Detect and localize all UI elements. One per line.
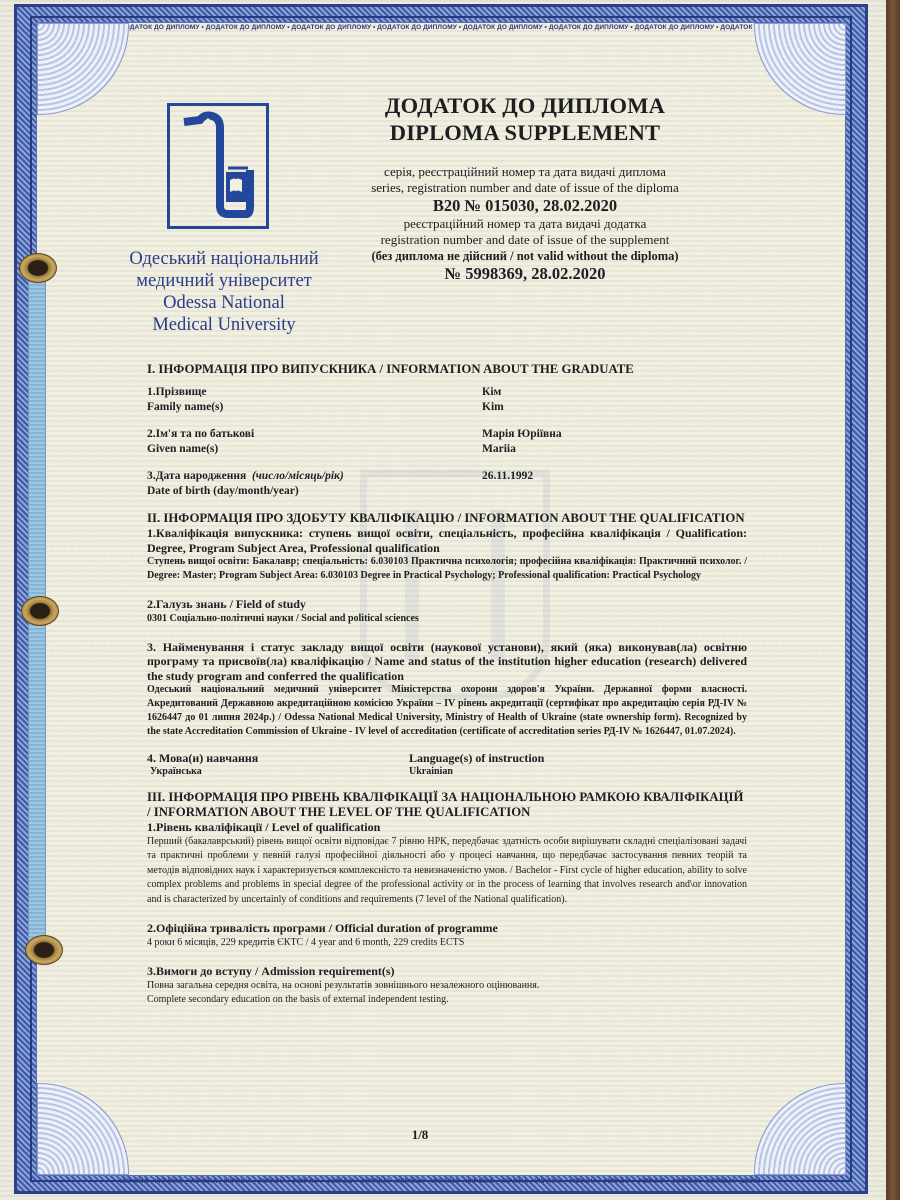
qualification-title: 1.Кваліфікація випускника: ступень вищої… [147,526,747,555]
language-value-en: Ukrainian [409,765,453,778]
level-of-qualification-text: Перший (бакалаврський) рівень вищої осві… [147,835,747,908]
university-name-en-line2: Medical University [108,314,340,336]
family-name-row-en: Family name(s) Kim [147,400,747,415]
dob-label-ua: 3.Дата народження (число/місяць/рік) [147,469,482,484]
diploma-label-en: series, registration number and date of … [350,180,700,196]
given-name-ua: Марія Юріївна [482,427,747,442]
language-value-ua: Українська [147,765,409,778]
institution-title: 3. Найменування і статус закладу вищої о… [147,640,747,684]
qualification-text: Ступень вищої освіти: Бакалавр; спеціаль… [147,555,747,583]
serpent-book-icon [170,106,266,226]
title-en: DIPLOMA SUPPLEMENT [350,119,700,146]
section-3-title: III. ІНФОРМАЦІЯ ПРО РІВЕНЬ КВАЛІФІКАЦІЇ … [147,790,747,820]
wooden-surface [886,0,900,1200]
level-of-qualification-title: 1.Рівень кваліфікації / Level of qualifi… [147,820,747,835]
language-value-row: Українська Ukrainian [147,765,747,778]
given-name-row-en: Given name(s) Mariia [147,442,747,457]
document-body: I. ІНФОРМАЦІЯ ПРО ВИПУСКНИКА / INFORMATI… [147,362,747,1008]
dob-row-en: Date of birth (day/month/year) [147,484,747,499]
given-name-en: Mariia [482,442,747,457]
supplement-number: № 5998369, 28.02.2020 [350,264,700,284]
university-name-ua-line1: Одеський національний [108,248,340,270]
field-of-study-text: 0301 Соціально-політичні науки / Social … [147,612,747,626]
title-ua: ДОДАТОК ДО ДИПЛОМА [350,92,700,119]
language-label-ua: 4. Мова(и) навчання [147,751,409,765]
admission-text-ua: Повна загальна середня освіта, на основі… [147,979,747,994]
family-name-label-en: Family name(s) [147,400,482,415]
dob-label-en: Date of birth (day/month/year) [147,484,482,499]
field-of-study-title: 2.Галузь знань / Field of study [147,597,747,612]
language-row: 4. Мова(и) навчання Language(s) of instr… [147,751,747,765]
university-name-ua-line2: медичний університет [108,270,340,292]
family-name-label-ua: 1.Прізвище [147,385,482,400]
microtext-bottom: УКРАЇНА • УКРАЇНА • УКРАЇНА • УКРАЇНА • … [120,1176,760,1187]
given-name-label-en: Given name(s) [147,442,482,457]
duration-text: 4 роки 6 місяців, 229 кредитів ЄКТС / 4 … [147,936,747,951]
dob-value: 26.11.1992 [482,469,747,484]
supplement-label-ua: реєстраційний номер та дата видачі додат… [350,216,700,232]
family-name-row: 1.Прізвище Кім [147,385,747,400]
university-name-en-line1: Odessa National [108,292,340,314]
dob-format-hint: (число/місяць/рік) [252,470,344,482]
supplement-label-en: registration number and date of issue of… [350,232,700,248]
diploma-number: В20 № 015030, 28.02.2020 [350,196,700,216]
admission-title: 3.Вимоги до вступу / Admission requireme… [147,964,747,979]
grommet-icon [25,935,63,965]
family-name-ua: Кім [482,385,747,400]
university-name: Одеський національний медичний університ… [108,248,340,336]
grommet-icon [21,596,59,626]
language-label-en: Language(s) of instruction [409,751,544,765]
document-header: ДОДАТОК ДО ДИПЛОМА DIPLOMA SUPPLEMENT се… [350,92,700,284]
dob-row: 3.Дата народження (число/місяць/рік) 26.… [147,469,747,484]
page-number: 1/8 [400,1127,440,1143]
microtext-top: ДОДАТОК ДО ДИПЛОМУ • ДОДАТОК ДО ДИПЛОМУ … [120,22,760,33]
family-name-en: Kim [482,400,747,415]
grommet-icon [19,253,57,283]
duration-title: 2.Офіційна тривалість програми / Officia… [147,921,747,936]
admission-text-en: Complete secondary education on the basi… [147,993,747,1008]
section-1-title: I. ІНФОРМАЦІЯ ПРО ВИПУСКНИКА / INFORMATI… [147,362,747,377]
diploma-label-ua: серія, реєстраційний номер та дата видач… [350,164,700,180]
dob-label-ua-text: 3.Дата народження [147,470,246,482]
given-name-label-ua: 2.Ім'я та по батькові [147,427,482,442]
section-2-title: II. ІНФОРМАЦІЯ ПРО ЗДОБУТУ КВАЛІФІКАЦІЮ … [147,511,747,526]
supplement-validity-note: (без диплома не дійсний / not valid with… [350,248,700,264]
university-logo [167,103,269,229]
given-name-row: 2.Ім'я та по батькові Марія Юріївна [147,427,747,442]
institution-text: Одеський національний медичний університ… [147,683,747,739]
